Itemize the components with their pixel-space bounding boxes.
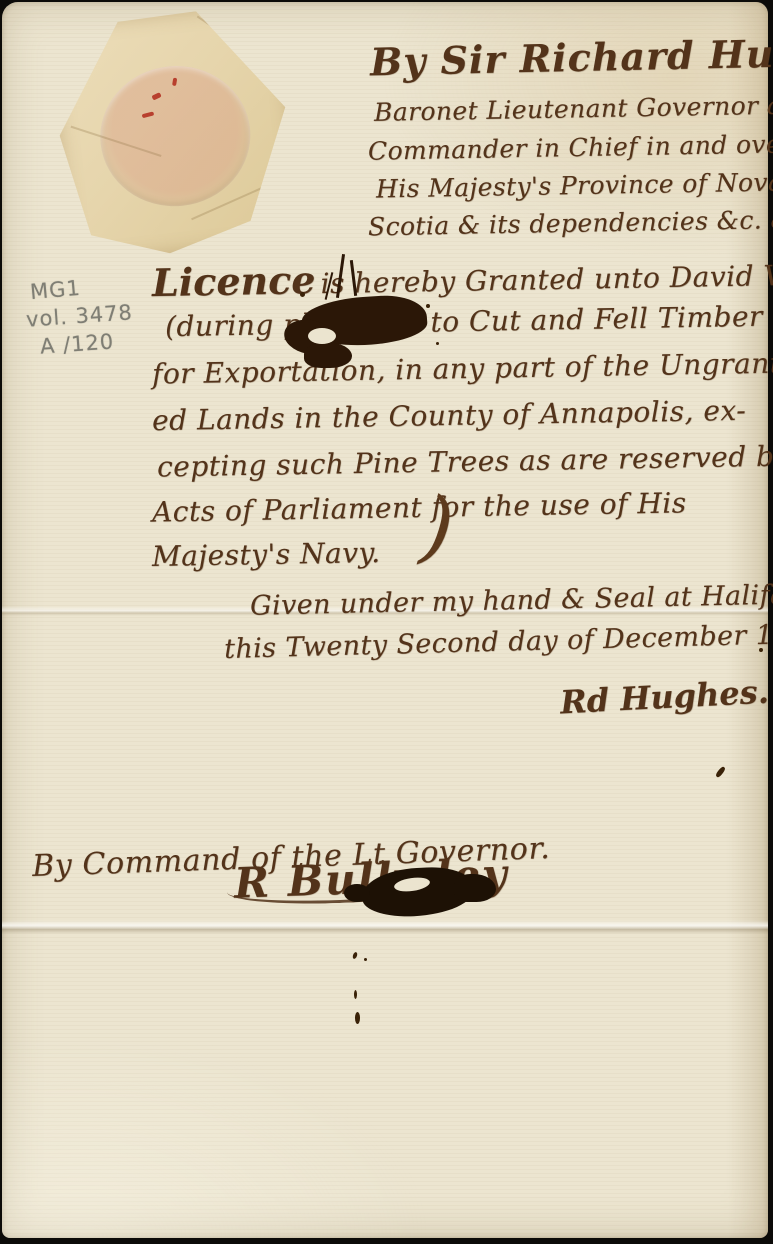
archive-reference-line2: vol. 3478: [25, 300, 133, 331]
body-line-1: Licence is hereby Granted unto David Vas…: [152, 248, 773, 305]
ink-speck: [715, 766, 726, 779]
body-line-7: Majesty's Navy.: [152, 536, 381, 573]
closing-line-1: Given under my hand & Seal at Halifax: [250, 579, 773, 622]
archive-reference-line1: MG1: [29, 276, 82, 304]
closing-line-2: this Twenty Second day of December 1780.: [224, 618, 773, 665]
header-line-2: Baronet Lieutenant Governor and: [374, 90, 773, 127]
ink-speck: [364, 958, 367, 961]
body-line-6: Acts of Parliament for the use of His: [152, 486, 687, 528]
fold-crease-bottom: [2, 920, 768, 934]
header-line-3: Commander in Chief in and over: [368, 129, 773, 165]
body-line-3: for Exportation, in any part of the Ungr…: [152, 346, 773, 390]
ink-blot-large-lobe: [304, 342, 352, 368]
paper-wafer-seal-icon: [48, 3, 304, 264]
ink-speck: [759, 648, 763, 652]
body-opening-word: Licence: [152, 257, 316, 305]
ink-speck: [300, 292, 305, 297]
ink-blot-signature-lobe: [344, 884, 370, 902]
header-line-1: By Sir Richard Hughes: [370, 29, 773, 85]
body-line-4: ed Lands in the County of Annapolis, ex-: [152, 394, 747, 437]
ink-blot-gap: [308, 328, 336, 344]
ink-blot-signature-tail: [454, 874, 496, 902]
ink-speck: [436, 342, 439, 345]
seal-crease: [197, 16, 264, 62]
ink-speck: [352, 952, 358, 960]
body-line-2: (during pleasure) to Cut and Fell Timber: [165, 300, 763, 343]
ink-speck: [426, 304, 430, 308]
document-paper: MG1 vol. 3478 A /120 By Sir Richard Hugh…: [2, 2, 768, 1238]
body-line-1-rest: is hereby Granted unto David Vason: [320, 258, 773, 300]
body-line-5: cepting such Pine Trees as are reserved …: [157, 439, 773, 483]
ink-speck: [354, 990, 357, 999]
archive-reference-line3: A /120: [39, 329, 115, 358]
header-line-4: His Majesty's Province of Nova: [376, 167, 773, 203]
governor-signature: Rd Hughes.: [559, 673, 769, 722]
header-line-5: Scotia & its dependencies &c. &c. &c.: [368, 204, 773, 242]
scanned-document: MG1 vol. 3478 A /120 By Sir Richard Hugh…: [0, 0, 773, 1244]
ink-speck: [355, 1012, 360, 1024]
